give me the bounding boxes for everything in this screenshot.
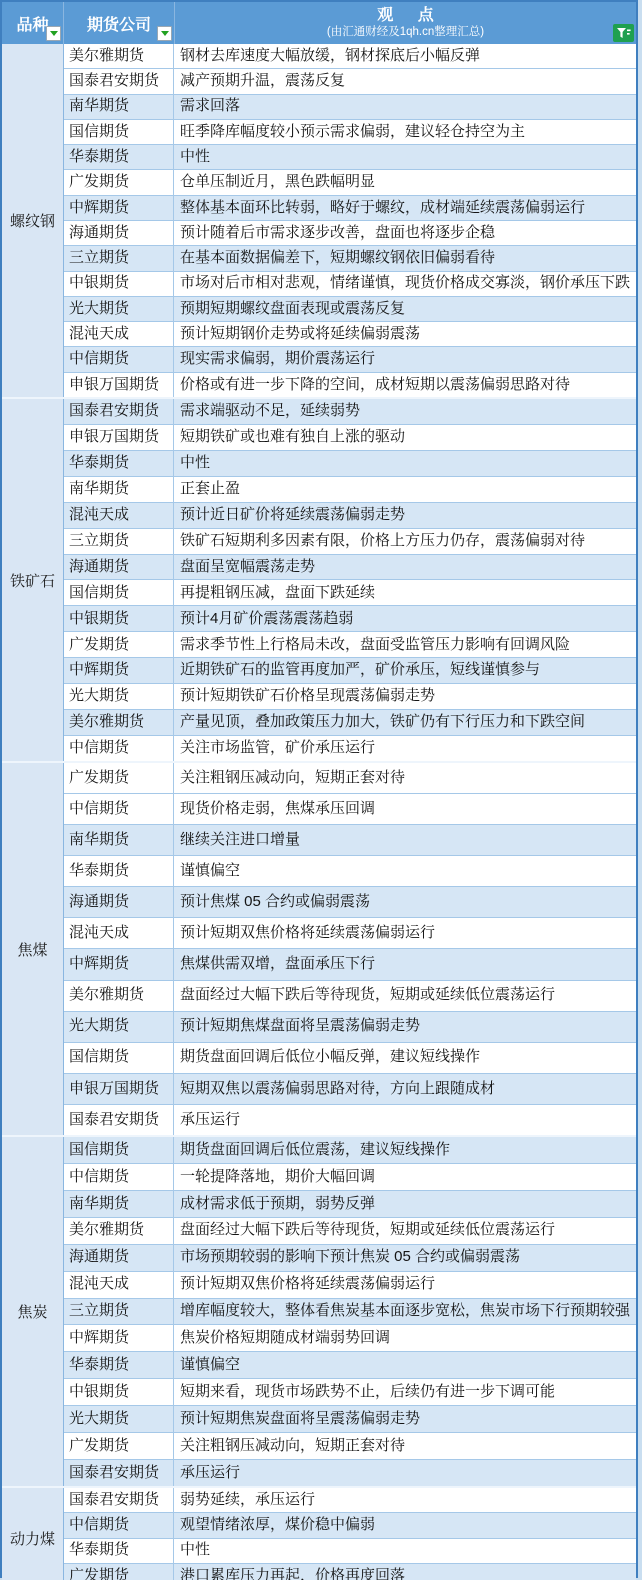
view-cell: 预计随着后市需求逐步改善，盘面也将逐步企稳 (174, 221, 636, 245)
company-cell: 南华期货 (64, 477, 174, 502)
company-cell: 广发期货 (64, 763, 174, 793)
view-cell: 承压运行 (174, 1105, 636, 1135)
company-cell: 国信期货 (64, 120, 174, 144)
table-row: 三立期货铁矿石短期利多因素有限，价格上方压力仍存，震荡偏弱对待 (64, 528, 636, 554)
company-cell: 广发期货 (64, 1433, 174, 1459)
table-row: 华泰期货谨慎偏空 (64, 855, 636, 886)
section-铁矿石: 铁矿石国泰君安期货需求端驱动不足，延续弱势申银万国期货短期铁矿或也难有独自上涨的… (2, 397, 636, 761)
company-cell: 中信期货 (64, 1164, 174, 1190)
variety-label: 焦煤 (2, 763, 64, 1135)
view-cell: 一轮提降落地，期价大幅回调 (174, 1164, 636, 1190)
table-row: 国泰君安期货承压运行 (64, 1459, 636, 1486)
funnel-glyph (616, 27, 631, 40)
view-cell: 盘面经过大幅下跌后等待现货，短期或延续低位震荡运行 (174, 981, 636, 1011)
view-cell: 现货价格走弱，焦煤承压回调 (174, 794, 636, 824)
company-filter-dropdown-icon[interactable] (157, 26, 172, 41)
table-row: 中信期货观望情绪浓厚，煤价稳中偏弱 (64, 1512, 636, 1537)
company-cell: 申银万国期货 (64, 1074, 174, 1104)
header-view-title: 观 点 (367, 7, 443, 25)
company-cell: 海通期货 (64, 555, 174, 580)
view-cell: 正套止盈 (174, 477, 636, 502)
company-cell: 光大期货 (64, 297, 174, 321)
table-row: 申银万国期货短期双焦以震荡偏弱思路对待，方向上跟随成材 (64, 1073, 636, 1104)
view-cell: 仓单压制近月，黑色跌幅明显 (174, 170, 636, 194)
company-cell: 中信期货 (64, 794, 174, 824)
view-cell: 需求端驱动不足，延续弱势 (174, 399, 636, 424)
table-row: 海通期货市场预期较弱的影响下预计焦炭 05 合约或偏弱震荡 (64, 1244, 636, 1271)
table-row: 混沌天成预计短期双焦价格将延续震荡偏弱运行 (64, 1271, 636, 1298)
view-cell: 预计短期铁矿石价格呈现震荡偏弱走势 (174, 684, 636, 709)
company-cell: 华泰期货 (64, 451, 174, 476)
view-cell: 预计4月矿价震荡震荡趋弱 (174, 606, 636, 631)
company-cell: 中辉期货 (64, 1325, 174, 1351)
view-cell: 预计焦煤 05 合约或偏弱震荡 (174, 887, 636, 917)
company-cell: 国信期货 (64, 1043, 174, 1073)
view-cell: 预计近日矿价将延续震荡偏弱走势 (174, 503, 636, 528)
table-row: 中银期货短期来看，现货市场跌势不止，后续仍有进一步下调可能 (64, 1378, 636, 1405)
company-cell: 光大期货 (64, 1406, 174, 1432)
company-cell: 国泰君安期货 (64, 1105, 174, 1135)
view-cell: 港口累库压力再起，价格再度回落 (174, 1564, 636, 1580)
view-cell: 期货盘面回调后低位震荡，建议短线操作 (174, 1137, 636, 1163)
company-cell: 华泰期货 (64, 1352, 174, 1378)
table-row: 海通期货预计随着后市需求逐步改善，盘面也将逐步企稳 (64, 220, 636, 245)
table-row: 中信期货现货价格走弱，焦煤承压回调 (64, 793, 636, 824)
company-cell: 中信期货 (64, 736, 174, 761)
header-view: 观 点 (由汇通财经及1qh.cn整理汇总) (175, 2, 636, 44)
table-row: 华泰期货中性 (64, 144, 636, 169)
company-cell: 中银期货 (64, 272, 174, 296)
table-row: 南华期货成材需求低于预期，弱势反弹 (64, 1190, 636, 1217)
view-cell: 预计短期焦炭盘面将呈震荡偏弱走势 (174, 1406, 636, 1432)
company-cell: 三立期货 (64, 246, 174, 270)
table-row: 中信期货关注市场监管，矿价承压运行 (64, 735, 636, 761)
view-cell: 焦炭价格短期随成材端弱势回调 (174, 1325, 636, 1351)
table-row: 美尔雅期货盘面经过大幅下跌后等待现货，短期或延续低位震荡运行 (64, 1217, 636, 1244)
company-cell: 广发期货 (64, 1564, 174, 1580)
company-cell: 广发期货 (64, 632, 174, 657)
company-cell: 混沌天成 (64, 1272, 174, 1298)
company-cell: 广发期货 (64, 170, 174, 194)
table-row: 广发期货需求季节性上行格局未改，盘面受监管压力影响有回调风险 (64, 631, 636, 657)
table-row: 广发期货港口累库压力再起，价格再度回落 (64, 1563, 636, 1580)
table-row: 海通期货盘面呈宽幅震荡走势 (64, 554, 636, 580)
company-cell: 光大期货 (64, 1012, 174, 1042)
table-row: 三立期货在基本面数据偏差下，短期螺纹钢依旧偏弱看待 (64, 245, 636, 270)
view-cell: 中性 (174, 451, 636, 476)
view-cell: 需求季节性上行格局未改，盘面受监管压力影响有回调风险 (174, 632, 636, 657)
table-row: 三立期货增库幅度较大，整体看焦炭基本面逐步宽松，焦炭市场下行预期较强 (64, 1298, 636, 1325)
view-cell: 现实需求偏弱，期价震荡运行 (174, 347, 636, 371)
view-cell: 旺季降库幅度较小预示需求偏弱，建议轻仓持空为主 (174, 120, 636, 144)
section-rows: 美尔雅期货钢材去库速度大幅放缓，钢材探底后小幅反弹国泰君安期货减产预期升温，震荡… (64, 44, 636, 397)
company-cell: 南华期货 (64, 95, 174, 119)
company-cell: 国泰君安期货 (64, 399, 174, 424)
table-row: 中辉期货焦炭价格短期随成材端弱势回调 (64, 1324, 636, 1351)
header-view-subtitle: (由汇通财经及1qh.cn整理汇总) (327, 26, 484, 39)
view-cell: 成材需求低于预期，弱势反弹 (174, 1191, 636, 1217)
table-row: 光大期货预计短期铁矿石价格呈现震荡偏弱走势 (64, 683, 636, 709)
section-焦炭: 焦炭国信期货期货盘面回调后低位震荡，建议短线操作中信期货一轮提降落地，期价大幅回… (2, 1135, 636, 1486)
company-cell: 中信期货 (64, 1513, 174, 1537)
company-cell: 光大期货 (64, 684, 174, 709)
view-cell: 期货盘面回调后低位小幅反弹，建议短线操作 (174, 1043, 636, 1073)
table-row: 广发期货仓单压制近月，黑色跌幅明显 (64, 169, 636, 194)
view-cell: 需求回落 (174, 95, 636, 119)
company-cell: 海通期货 (64, 221, 174, 245)
table-row: 中辉期货焦煤供需双增，盘面承压下行 (64, 948, 636, 979)
view-cell: 中性 (174, 145, 636, 169)
company-cell: 中辉期货 (64, 196, 174, 220)
section-rows: 国泰君安期货弱势延续，承压运行中信期货观望情绪浓厚，煤价稳中偏弱华泰期货中性广发… (64, 1488, 636, 1580)
company-cell: 美尔雅期货 (64, 1218, 174, 1244)
dropdown-triangle (50, 31, 58, 36)
section-rows: 国信期货期货盘面回调后低位震荡，建议短线操作中信期货一轮提降落地，期价大幅回调南… (64, 1137, 636, 1486)
table-row: 申银万国期货短期铁矿或也难有独自上涨的驱动 (64, 424, 636, 450)
opinion-table: 品种 期货公司 观 点 (由汇通财经及1qh.cn整理汇总) 螺纹钢美尔雅期货钢… (0, 0, 638, 1578)
view-cell: 关注粗钢压减动向，短期正套对待 (174, 763, 636, 793)
company-cell: 美尔雅期货 (64, 710, 174, 735)
company-cell: 三立期货 (64, 1299, 174, 1325)
company-cell: 申银万国期货 (64, 425, 174, 450)
table-row: 光大期货预计短期焦炭盘面将呈震荡偏弱走势 (64, 1405, 636, 1432)
company-cell: 华泰期货 (64, 1539, 174, 1563)
view-cell: 盘面经过大幅下跌后等待现货，短期或延续低位震荡运行 (174, 1218, 636, 1244)
view-cell: 中性 (174, 1539, 636, 1563)
table-row: 南华期货正套止盈 (64, 476, 636, 502)
variety-filter-dropdown-icon[interactable] (46, 26, 61, 41)
company-cell: 南华期货 (64, 1191, 174, 1217)
table-row: 国泰君安期货需求端驱动不足，延续弱势 (64, 399, 636, 424)
funnel-filter-icon[interactable] (613, 24, 634, 42)
company-cell: 混沌天成 (64, 918, 174, 948)
table-row: 中辉期货近期铁矿石的监管再度加严，矿价承压，短线谨慎参与 (64, 657, 636, 683)
company-cell: 三立期货 (64, 529, 174, 554)
company-cell: 海通期货 (64, 887, 174, 917)
table-row: 美尔雅期货盘面经过大幅下跌后等待现货，短期或延续低位震荡运行 (64, 980, 636, 1011)
table-row: 中辉期货整体基本面环比转弱，略好于螺纹，成材端延续震荡偏弱运行 (64, 195, 636, 220)
table-row: 申银万国期货价格或有进一步下降的空间，成材短期以震荡偏弱思路对待 (64, 372, 636, 397)
company-cell: 中辉期货 (64, 658, 174, 683)
company-cell: 中银期货 (64, 606, 174, 631)
table-row: 国信期货再提粗钢压减，盘面下跌延续 (64, 579, 636, 605)
section-焦煤: 焦煤广发期货关注粗钢压减动向，短期正套对待中信期货现货价格走弱，焦煤承压回调南华… (2, 761, 636, 1135)
table-row: 华泰期货谨慎偏空 (64, 1351, 636, 1378)
company-cell: 国信期货 (64, 580, 174, 605)
company-cell: 华泰期货 (64, 856, 174, 886)
view-cell: 短期铁矿或也难有独自上涨的驱动 (174, 425, 636, 450)
table-row: 美尔雅期货钢材去库速度大幅放缓，钢材探底后小幅反弹 (64, 44, 636, 68)
table-body: 螺纹钢美尔雅期货钢材去库速度大幅放缓，钢材探底后小幅反弹国泰君安期货减产预期升温… (2, 44, 636, 1580)
table-row: 南华期货继续关注进口增量 (64, 824, 636, 855)
view-cell: 近期铁矿石的监管再度加严，矿价承压，短线谨慎参与 (174, 658, 636, 683)
view-cell: 价格或有进一步下降的空间，成材短期以震荡偏弱思路对待 (174, 373, 636, 397)
view-cell: 整体基本面环比转弱，略好于螺纹，成材端延续震荡偏弱运行 (174, 196, 636, 220)
table-row: 南华期货需求回落 (64, 94, 636, 119)
view-cell: 承压运行 (174, 1460, 636, 1486)
table-row: 中信期货一轮提降落地，期价大幅回调 (64, 1163, 636, 1190)
table-row: 混沌天成预计短期双焦价格将延续震荡偏弱运行 (64, 917, 636, 948)
company-cell: 国泰君安期货 (64, 1460, 174, 1486)
view-cell: 预计短期双焦价格将延续震荡偏弱运行 (174, 1272, 636, 1298)
view-cell: 预期短期螺纹盘面表现或震荡反复 (174, 297, 636, 321)
header-company-label: 期货公司 (87, 12, 151, 35)
company-cell: 中银期货 (64, 1379, 174, 1405)
table-row: 国信期货期货盘面回调后低位小幅反弹，建议短线操作 (64, 1042, 636, 1073)
table-row: 国信期货旺季降库幅度较小预示需求偏弱，建议轻仓持空为主 (64, 119, 636, 144)
company-cell: 混沌天成 (64, 503, 174, 528)
view-cell: 弱势延续，承压运行 (174, 1488, 636, 1512)
table-row: 中信期货现实需求偏弱，期价震荡运行 (64, 346, 636, 371)
table-row: 海通期货预计焦煤 05 合约或偏弱震荡 (64, 886, 636, 917)
table-row: 国泰君安期货承压运行 (64, 1104, 636, 1135)
header-variety-label: 品种 (16, 12, 48, 35)
variety-label: 铁矿石 (2, 399, 64, 761)
view-cell: 再提粗钢压减，盘面下跌延续 (174, 580, 636, 605)
view-cell: 预计短期焦煤盘面将呈震荡偏弱走势 (174, 1012, 636, 1042)
view-cell: 关注粗钢压减动向，短期正套对待 (174, 1433, 636, 1459)
header-variety: 品种 (2, 2, 64, 44)
table-row: 华泰期货中性 (64, 1538, 636, 1563)
view-cell: 继续关注进口增量 (174, 825, 636, 855)
company-cell: 华泰期货 (64, 145, 174, 169)
view-cell: 观望情绪浓厚，煤价稳中偏弱 (174, 1513, 636, 1537)
section-rows: 广发期货关注粗钢压减动向，短期正套对待中信期货现货价格走弱，焦煤承压回调南华期货… (64, 763, 636, 1135)
view-cell: 焦煤供需双增，盘面承压下行 (174, 949, 636, 979)
company-cell: 美尔雅期货 (64, 44, 174, 68)
table-row: 广发期货关注粗钢压减动向，短期正套对待 (64, 1432, 636, 1459)
table-row: 美尔雅期货产量见顶，叠加政策压力加大，铁矿仍有下行压力和下跌空间 (64, 709, 636, 735)
view-cell: 钢材去库速度大幅放缓，钢材探底后小幅反弹 (174, 44, 636, 68)
table-row: 广发期货关注粗钢压减动向，短期正套对待 (64, 763, 636, 793)
company-cell: 南华期货 (64, 825, 174, 855)
view-cell: 在基本面数据偏差下，短期螺纹钢依旧偏弱看待 (174, 246, 636, 270)
view-cell: 减产预期升温，震荡反复 (174, 69, 636, 93)
view-cell: 盘面呈宽幅震荡走势 (174, 555, 636, 580)
company-cell: 申银万国期货 (64, 373, 174, 397)
company-cell: 中辉期货 (64, 949, 174, 979)
table-row: 光大期货预计短期焦煤盘面将呈震荡偏弱走势 (64, 1011, 636, 1042)
view-cell: 增库幅度较大，整体看焦炭基本面逐步宽松，焦炭市场下行预期较强 (174, 1299, 636, 1325)
table-row: 国泰君安期货减产预期升温，震荡反复 (64, 68, 636, 93)
company-cell: 国信期货 (64, 1137, 174, 1163)
view-cell: 短期双焦以震荡偏弱思路对待，方向上跟随成材 (174, 1074, 636, 1104)
variety-label: 焦炭 (2, 1137, 64, 1486)
view-cell: 谨慎偏空 (174, 1352, 636, 1378)
company-cell: 国泰君安期货 (64, 1488, 174, 1512)
company-cell: 美尔雅期货 (64, 981, 174, 1011)
section-螺纹钢: 螺纹钢美尔雅期货钢材去库速度大幅放缓，钢材探底后小幅反弹国泰君安期货减产预期升温… (2, 44, 636, 397)
view-cell: 市场对后市相对悲观，情绪谨慎，现货价格成交寡淡，钢价承压下跌 (174, 272, 636, 296)
company-cell: 中信期货 (64, 347, 174, 371)
company-cell: 海通期货 (64, 1245, 174, 1271)
view-cell: 市场预期较弱的影响下预计焦炭 05 合约或偏弱震荡 (174, 1245, 636, 1271)
view-cell: 产量见顶，叠加政策压力加大，铁矿仍有下行压力和下跌空间 (174, 710, 636, 735)
table-header: 品种 期货公司 观 点 (由汇通财经及1qh.cn整理汇总) (2, 2, 636, 44)
view-cell: 短期来看，现货市场跌势不止，后续仍有进一步下调可能 (174, 1379, 636, 1405)
header-company: 期货公司 (64, 2, 175, 44)
table-row: 混沌天成预计近日矿价将延续震荡偏弱走势 (64, 502, 636, 528)
table-row: 中银期货预计4月矿价震荡震荡趋弱 (64, 605, 636, 631)
view-cell: 关注市场监管，矿价承压运行 (174, 736, 636, 761)
dropdown-triangle (161, 31, 169, 36)
table-row: 国泰君安期货弱势延续，承压运行 (64, 1488, 636, 1512)
view-cell: 谨慎偏空 (174, 856, 636, 886)
section-动力煤: 动力煤国泰君安期货弱势延续，承压运行中信期货观望情绪浓厚，煤价稳中偏弱华泰期货中… (2, 1486, 636, 1580)
view-cell: 预计短期双焦价格将延续震荡偏弱运行 (174, 918, 636, 948)
company-cell: 混沌天成 (64, 322, 174, 346)
table-row: 光大期货预期短期螺纹盘面表现或震荡反复 (64, 296, 636, 321)
table-row: 国信期货期货盘面回调后低位震荡，建议短线操作 (64, 1137, 636, 1163)
view-cell: 铁矿石短期利多因素有限，价格上方压力仍存，震荡偏弱对待 (174, 529, 636, 554)
variety-label: 螺纹钢 (2, 44, 64, 397)
section-rows: 国泰君安期货需求端驱动不足，延续弱势申银万国期货短期铁矿或也难有独自上涨的驱动华… (64, 399, 636, 761)
table-row: 中银期货市场对后市相对悲观，情绪谨慎，现货价格成交寡淡，钢价承压下跌 (64, 271, 636, 296)
table-row: 混沌天成预计短期钢价走势或将延续偏弱震荡 (64, 321, 636, 346)
company-cell: 国泰君安期货 (64, 69, 174, 93)
table-row: 华泰期货中性 (64, 450, 636, 476)
variety-label: 动力煤 (2, 1488, 64, 1580)
view-cell: 预计短期钢价走势或将延续偏弱震荡 (174, 322, 636, 346)
